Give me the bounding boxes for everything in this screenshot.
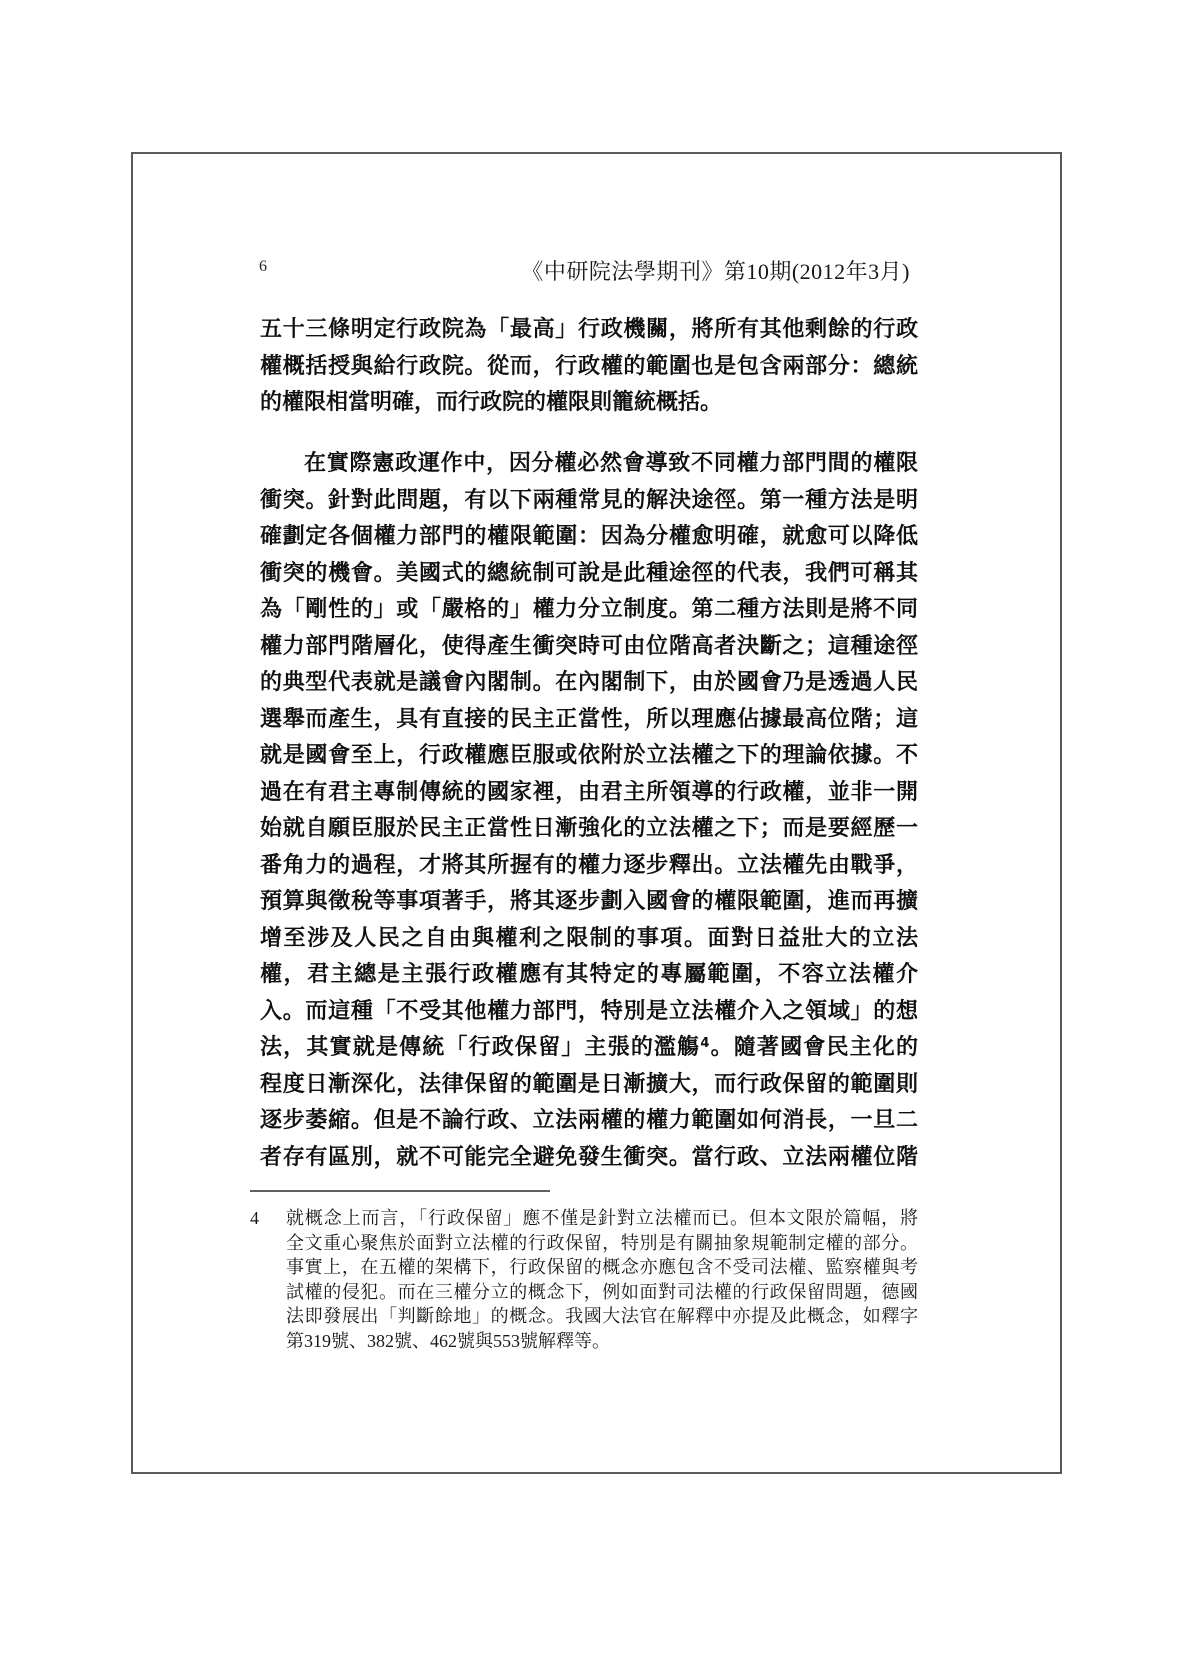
footnote-divider bbox=[250, 1190, 550, 1192]
text-line: 逐步萎縮。但是不論行政、立法兩權的權力範圍如何消長，一旦二 bbox=[260, 1103, 918, 1140]
journal-page: 6 《中研院法學期刊》第10期(2012年3月) 五十三條明定行政院為「最高」行… bbox=[131, 152, 1062, 1474]
footnote-block: 4 就概念上而言，「行政保留」應不僅是針對立法權而已。但本文限於篇幅，將全文重心… bbox=[250, 1206, 918, 1354]
text-line: 權力部門階層化，使得產生衝突時可由位階高者決斷之；這種途徑 bbox=[260, 629, 918, 666]
header-page-number: 6 bbox=[259, 258, 267, 276]
header-journal-citation: 《中研院法學期刊》第10期(2012年3月) bbox=[521, 255, 910, 286]
body-paragraph-2: 在實際憲政運作中，因分權必然會導致不同權力部門間的權限衝突。針對此問題，有以下兩… bbox=[260, 446, 918, 1176]
text-line: 為「剛性的」或「嚴格的」權力分立制度。第二種方法則是將不同 bbox=[260, 592, 918, 629]
text-line: 事實上，在五權的架構下，行政保留的概念亦應包含不受司法權、監察權與考 bbox=[286, 1255, 918, 1280]
text-line: 入。而這種「不受其他權力部門，特別是立法權介入之領域」的想 bbox=[260, 994, 918, 1031]
text-line: 預算與徵稅等事項著手，將其逐步劃入國會的權限範圍，進而再擴 bbox=[260, 884, 918, 921]
text-line: 衝突的機會。美國式的總統制可說是此種途徑的代表，我們可稱其 bbox=[260, 556, 918, 593]
text-line: 程度日漸深化，法律保留的範圍是日漸擴大，而行政保留的範圍則 bbox=[260, 1067, 918, 1104]
text-line: 第319號、382號、462號與553號解釋等。 bbox=[286, 1329, 918, 1354]
text-line: 五十三條明定行政院為「最高」行政機關，將所有其他剩餘的行政 bbox=[260, 312, 918, 349]
text-line: 權概括授與給行政院。從而，行政權的範圍也是包含兩部分：總統 bbox=[260, 349, 918, 386]
text-line: 權，君主總是主張行政權應有其特定的專屬範圍，不容立法權介 bbox=[260, 957, 918, 994]
text-line: 試權的侵犯。而在三權分立的概念下，例如面對司法權的行政保留問題，德國 bbox=[286, 1280, 918, 1305]
text-line: 過在有君主專制傳統的國家裡，由君主所領導的行政權，並非一開 bbox=[260, 775, 918, 812]
footnote-text: 就概念上而言，「行政保留」應不僅是針對立法權而已。但本文限於篇幅，將全文重心聚焦… bbox=[286, 1206, 918, 1354]
text-line: 選舉而產生，具有直接的民主正當性，所以理應佔據最高位階；這 bbox=[260, 702, 918, 739]
text-line: 在實際憲政運作中，因分權必然會導致不同權力部門間的權限 bbox=[260, 446, 918, 483]
text-line: 法，其實就是傳統「行政保留」主張的濫觴4。隨著國會民主化的 bbox=[260, 1030, 918, 1067]
footnote-number: 4 bbox=[250, 1206, 286, 1354]
text-line: 確劃定各個權力部門的權限範圍：因為分權愈明確，就愈可以降低 bbox=[260, 519, 918, 556]
text-line: 衝突。針對此問題，有以下兩種常見的解決途徑。第一種方法是明 bbox=[260, 483, 918, 520]
text-line: 全文重心聚焦於面對立法權的行政保留，特別是有關抽象規範制定權的部分。 bbox=[286, 1231, 918, 1256]
body-paragraph-1: 五十三條明定行政院為「最高」行政機關，將所有其他剩餘的行政權概括授與給行政院。從… bbox=[260, 312, 918, 422]
text-segment: 。隨著國會民主化的 bbox=[709, 1035, 918, 1060]
text-line: 增至涉及人民之自由與權利之限制的事項。面對日益壯大的立法 bbox=[260, 921, 918, 958]
text-line: 的典型代表就是議會內閣制。在內閣制下，由於國會乃是透過人民 bbox=[260, 665, 918, 702]
text-line: 始就自願臣服於民主正當性日漸強化的立法權之下；而是要經歷一 bbox=[260, 811, 918, 848]
text-line: 法即發展出「判斷餘地」的概念。我國大法官在解釋中亦提及此概念，如釋字 bbox=[286, 1304, 918, 1329]
text-line: 番角力的過程，才將其所握有的權力逐步釋出。立法權先由戰爭， bbox=[260, 848, 918, 885]
text-line: 就是國會至上，行政權應臣服或依附於立法權之下的理論依據。不 bbox=[260, 738, 918, 775]
text-line: 者存有區別，就不可能完全避免發生衝突。當行政、立法兩權位階 bbox=[260, 1140, 918, 1177]
text-line: 就概念上而言，「行政保留」應不僅是針對立法權而已。但本文限於篇幅，將 bbox=[286, 1206, 918, 1231]
text-segment: 法，其實就是傳統「行政保留」主張的濫觴 bbox=[260, 1035, 700, 1060]
text-line: 的權限相當明確，而行政院的權限則籠統概括。 bbox=[260, 385, 918, 422]
